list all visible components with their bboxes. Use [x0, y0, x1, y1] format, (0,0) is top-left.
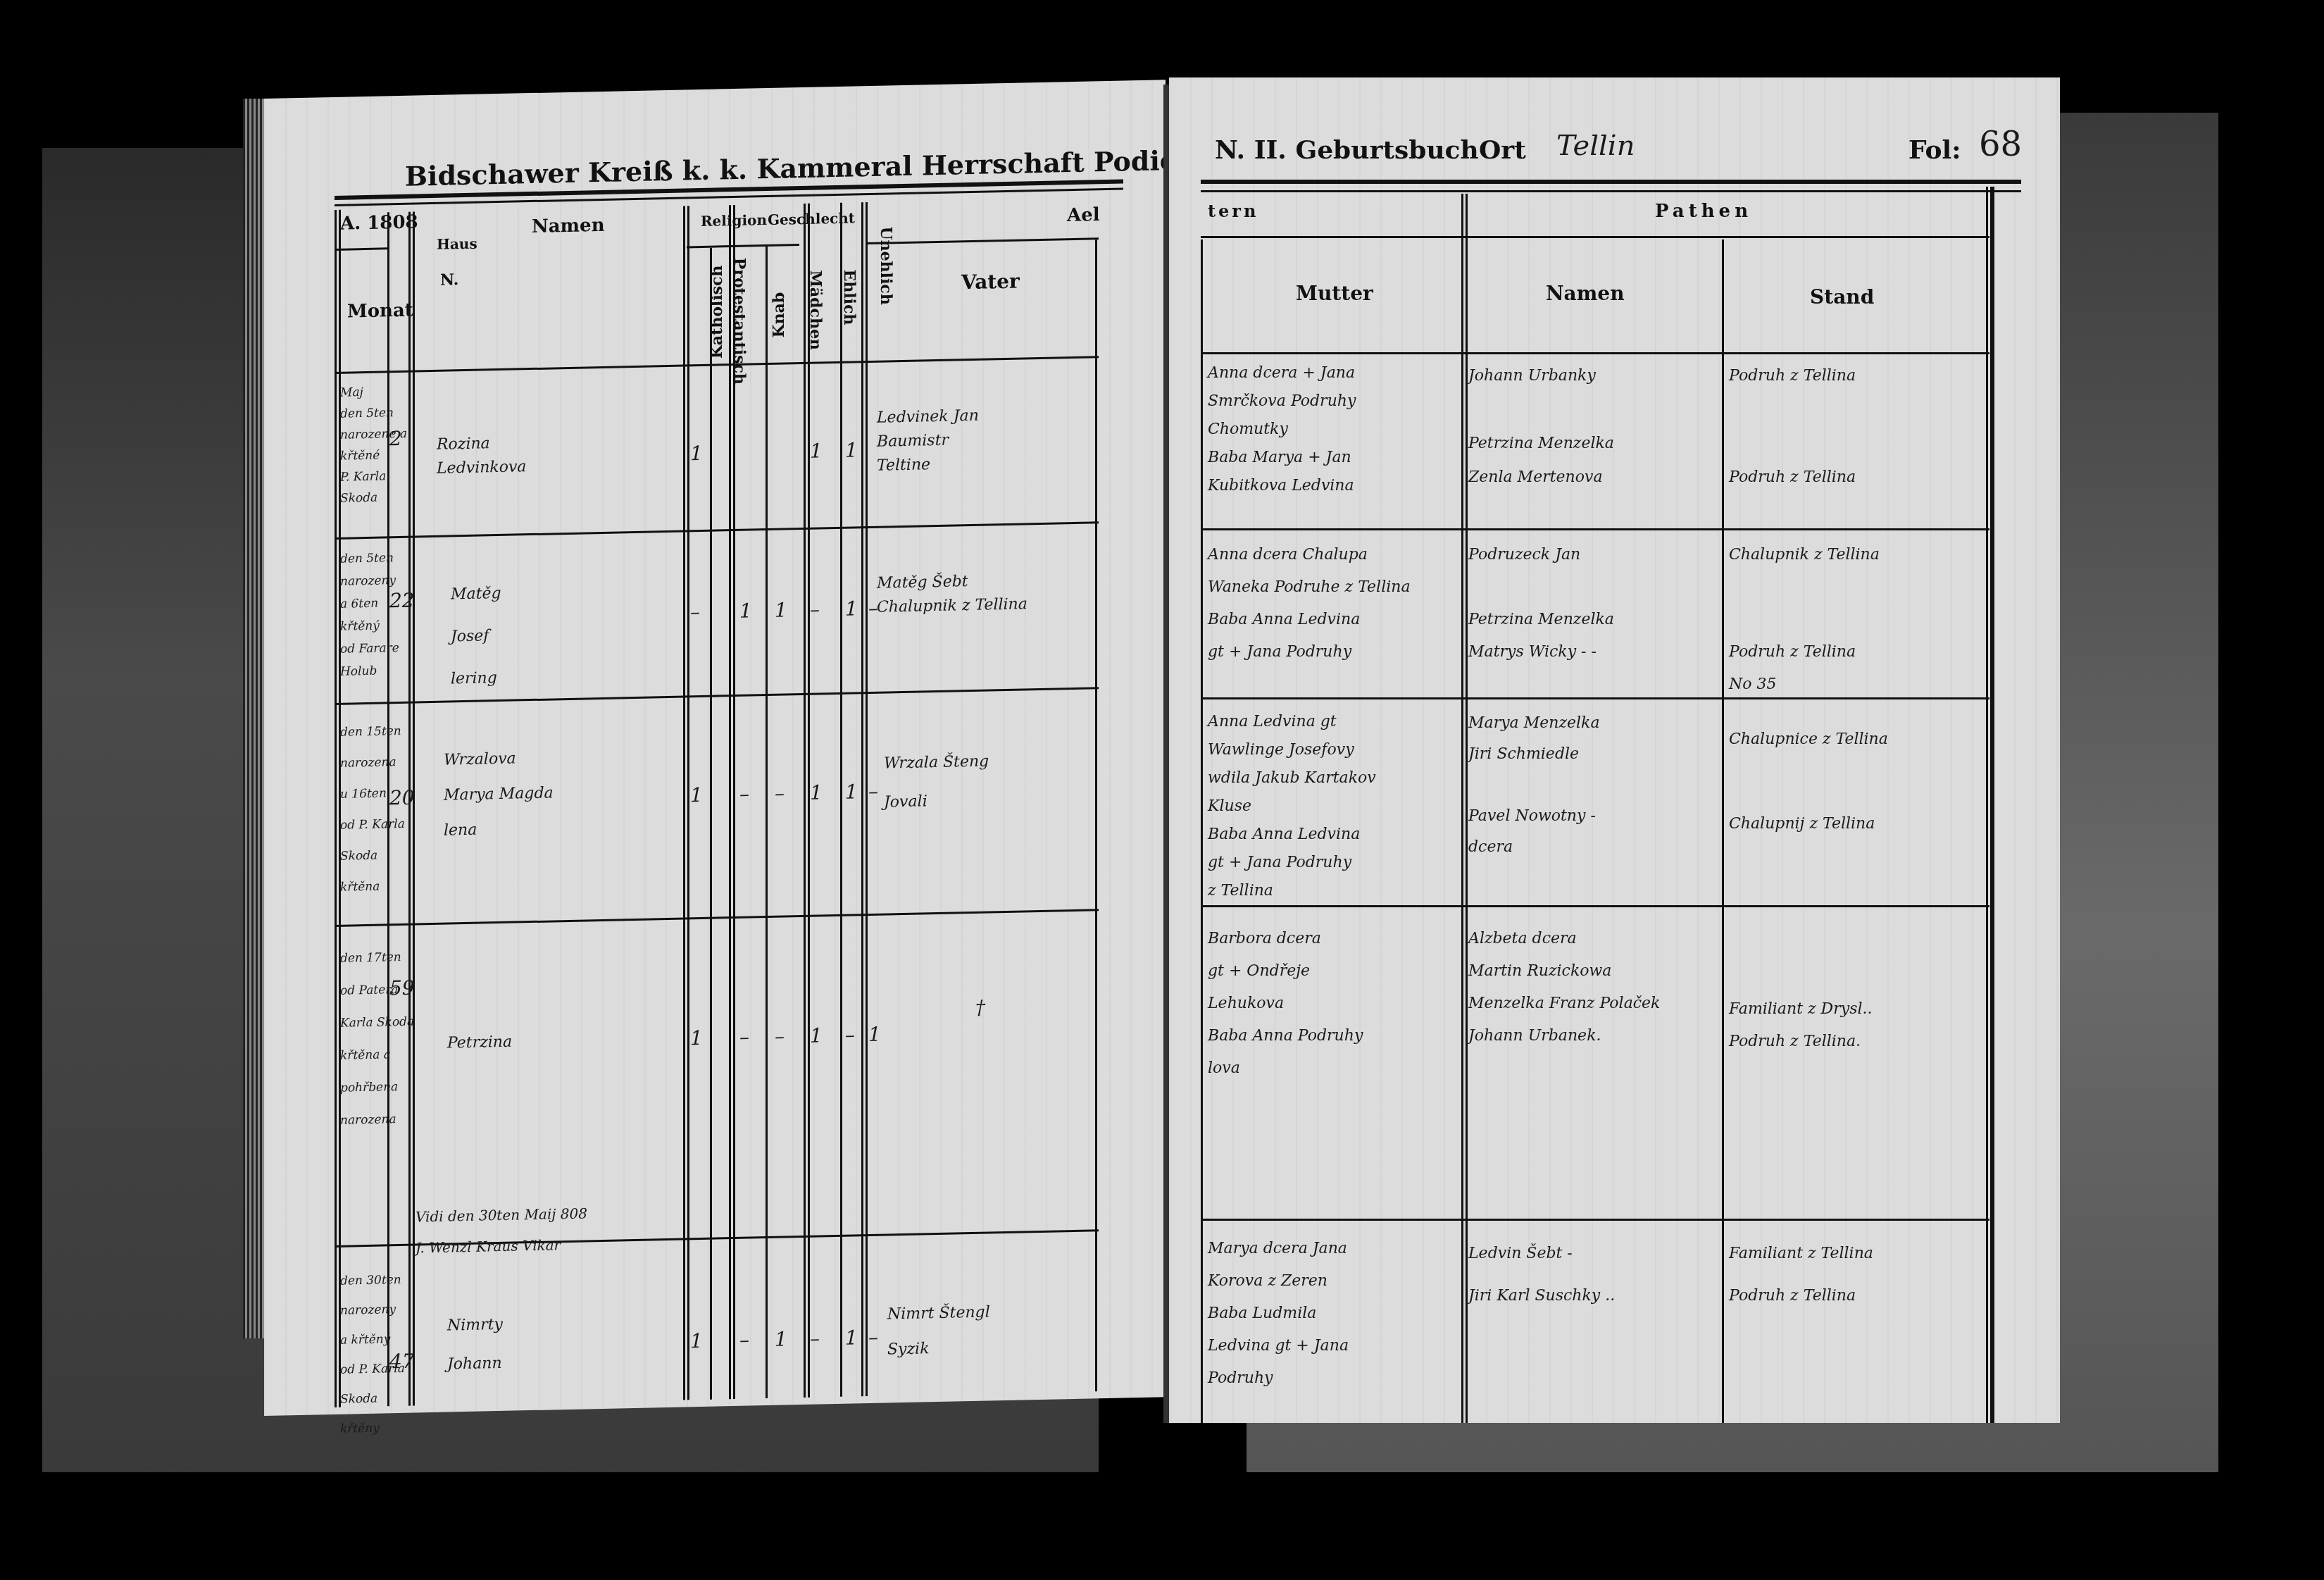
entry-house-no: 47: [389, 1350, 415, 1374]
entry-ehlich: 1: [845, 1326, 858, 1350]
entry-child-name: Matěg Josef lering: [451, 573, 501, 700]
grid-line: [1461, 194, 1468, 1423]
grid-line: [804, 204, 810, 1398]
entry-protestantisch: 1: [739, 599, 752, 623]
col-haus-n: N.: [440, 270, 458, 290]
register-title: N. II. Geburtsbuch: [1215, 135, 1479, 165]
entry-ehlich: 1: [845, 780, 858, 804]
entry-mother: Anna Ledvina gt Wawlinge Josefovy wdila …: [1208, 708, 1376, 905]
entry-mother: Anna dcera + Jana Smrčkova Podruhy Chomu…: [1208, 359, 1356, 500]
row-divider: [335, 521, 1099, 540]
entry-madchen: –: [810, 597, 820, 621]
entry-house-no: 59: [389, 976, 415, 1001]
entry-child-name: Rozina Ledvinkova: [437, 431, 526, 481]
entry-mother: Marya dcera Jana Korova z Zeren Baba Lud…: [1208, 1233, 1349, 1395]
entry-unehlich: –: [868, 1326, 878, 1350]
col-eltern-part: tern: [1208, 201, 1258, 221]
row-divider: [1201, 1219, 1989, 1221]
grid-line: [1201, 236, 1989, 238]
right-page: N. II. Geburtsbuch Ort Tellin Fol: 68 te…: [1169, 77, 2060, 1423]
entry-unehlich: –: [868, 780, 878, 804]
left-page: Bidschawer Kreiß k. k. Kammeral Herrscha…: [264, 80, 1166, 1416]
grid-line: [866, 237, 1099, 244]
folio-label: Fol:: [1908, 135, 1961, 165]
entry-child-name: Petrzina: [447, 1031, 512, 1056]
entry-house-no: 2: [389, 427, 402, 451]
grid-line: [1201, 240, 1203, 1423]
title-rule-thin: [1201, 190, 2021, 192]
entry-katholisch: –: [690, 600, 700, 624]
grid-line: [840, 203, 842, 1397]
entry-knab: –: [775, 782, 785, 806]
entry-child-name: Nimrty Johann: [447, 1305, 503, 1384]
ort-label: Ort: [1479, 135, 1526, 165]
entry-madchen: 1: [810, 439, 823, 463]
col-vater: Vater: [961, 270, 1020, 294]
row-divider: [1201, 528, 1989, 530]
entry-madchen: –: [810, 1326, 820, 1350]
entry-father: †: [975, 996, 985, 1020]
entry-knab: 1: [775, 1327, 787, 1351]
entry-madchen: 1: [810, 780, 823, 804]
grid-line: [687, 244, 799, 248]
col-unehlich: Unehlich: [877, 226, 895, 305]
grid-line: [1722, 240, 1724, 1423]
col-stand: Stand: [1810, 285, 1874, 309]
entry-godparent-status: Podruh z Tellina Podruh z Tellina: [1729, 359, 1856, 494]
folio-number: 68: [1979, 123, 2022, 166]
entry-godparents: Podruzeck Jan Petrzina Menzelka Matrys W…: [1468, 539, 1614, 668]
entry-father: Nimrt Štengl Syzik: [887, 1295, 990, 1367]
entry-madchen: 1: [810, 1024, 823, 1047]
col-pathen-namen: Namen: [1546, 282, 1625, 305]
entry-katholisch: 1: [690, 442, 703, 466]
entry-ehlich: –: [845, 1023, 855, 1047]
entry-house-no: 22: [389, 589, 415, 614]
col-namen: Namen: [532, 215, 605, 237]
row-divider: [1201, 905, 1989, 907]
entry-katholisch: 1: [690, 1026, 703, 1050]
entry-protestantisch: –: [739, 1329, 749, 1352]
col-haus: Haus: [437, 235, 477, 253]
entry-ehlich: 1: [845, 438, 858, 462]
grid-line: [1095, 240, 1097, 1391]
entry-ehlich: 1: [845, 597, 858, 621]
entry-protestantisch: –: [739, 1026, 749, 1050]
entry-house-no: 20: [389, 786, 415, 811]
entry-godparents: Ledvin Šebt - Jiri Karl Suschky ..: [1468, 1233, 1615, 1317]
entry-godparents: Johann Urbanky Petrzina Menzelka Zenla M…: [1468, 359, 1614, 494]
col-eltern-part: Ael: [1067, 204, 1100, 226]
row-divider: [335, 909, 1099, 927]
col-knab: Knab: [770, 292, 788, 337]
grid-line: [766, 247, 768, 1398]
grid-line: [683, 206, 689, 1400]
grid-line: [710, 248, 712, 1400]
entry-child-name: Wrzalova Marya Magda lena: [444, 740, 554, 848]
entry-katholisch: 1: [690, 783, 703, 807]
col-monat: Monat: [347, 300, 413, 323]
entry-godparents: Marya Menzelka Jiri Schmiedle Pavel Nowo…: [1468, 708, 1600, 863]
entry-date: den 17ten od Patera Karla Skoda křtěna a…: [340, 941, 414, 1137]
entry-protestantisch: –: [739, 783, 749, 807]
grid-line: [729, 205, 735, 1399]
col-pathen: Pathen: [1655, 201, 1752, 222]
entry-mother: Barbora dcera gt + Ondřeje Lehukova Baba…: [1208, 923, 1363, 1085]
grid-line: [335, 247, 387, 251]
entry-godparent-status: Chalupnice z Tellina Chalupnij z Tellina: [1729, 726, 1888, 838]
title-rule: [1201, 180, 2021, 184]
entry-godparents: Alzbeta dcera Martin Ruzickowa Menzelka …: [1468, 923, 1660, 1052]
entry-godparent-status: Chalupnik z Tellina Podruh z Tellina No …: [1729, 539, 1880, 701]
row-divider: [335, 687, 1099, 705]
entry-unehlich: 1: [868, 1023, 881, 1047]
row-divider: [1201, 352, 1989, 354]
entry-katholisch: 1: [690, 1329, 703, 1353]
year-label: A. 1808: [340, 211, 418, 234]
entry-knab: 1: [775, 598, 787, 622]
entry-father: Ledvinek Jan Baumistr Teltine: [877, 404, 979, 478]
ort-value: Tellin: [1556, 128, 1635, 163]
grid-line: [861, 202, 868, 1396]
grid-line: [1986, 187, 1994, 1423]
entry-godparent-status: Familiant z Tellina Podruh z Tellina: [1729, 1233, 1873, 1317]
entry-knab: –: [775, 1025, 785, 1049]
entry-mother: Anna dcera Chalupa Waneka Podruhe z Tell…: [1208, 539, 1411, 668]
entry-father: Matěg Šebt Chalupnik z Tellina: [877, 568, 1027, 619]
vidi-note: Vidi den 30ten Maij 808 J. Wenzl Kraus V…: [416, 1198, 587, 1263]
entry-date: den 5ten narozeny a 6ten křtěný od Farar…: [340, 547, 399, 683]
entry-godparent-status: Familiant z Drysl.. Podruh z Tellina.: [1729, 993, 1872, 1058]
col-mutter: Mutter: [1296, 282, 1373, 305]
col-ehlich: Ehlich: [840, 269, 858, 325]
entry-father: Wrzala Šteng Jovali: [884, 742, 989, 821]
